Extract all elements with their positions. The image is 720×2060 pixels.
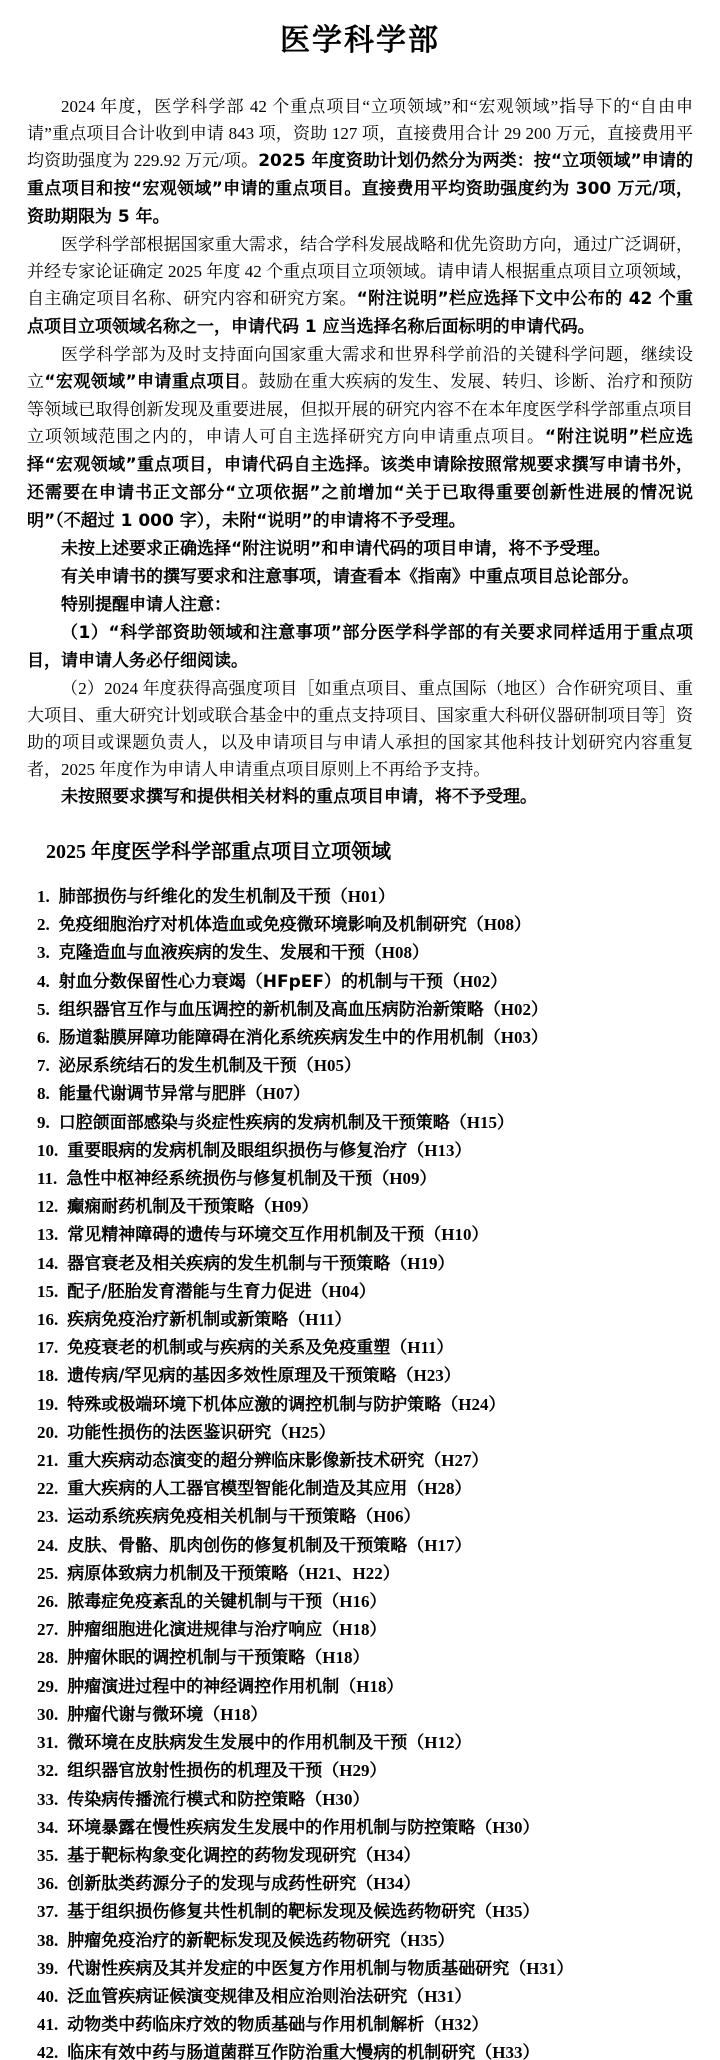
text-run-bold: 特别提醒申请人注意： — [61, 595, 231, 615]
topic-title: 组织器官放射性损伤的机理及干预 — [67, 1761, 322, 1781]
topic-title: 基于组织损伤修复共性机制的靶标发现及候选药物研究 — [67, 1902, 475, 1922]
topic-title: 临床有效中药与肠道菌群互作防治重大慢病的机制研究 — [67, 2043, 475, 2060]
topic-code: （H35） — [475, 1902, 539, 1921]
topic-number: 38. — [37, 1931, 58, 1950]
topic-title: 配子/胚胎发育潜能与生育力促进 — [67, 1282, 311, 1302]
topic-number: 10. — [37, 1141, 58, 1160]
topic-code: （H28） — [407, 1479, 471, 1498]
topic-code: （H21、H22） — [288, 1564, 399, 1583]
topic-code: （H18） — [203, 1705, 267, 1724]
topic-number: 18. — [37, 1366, 58, 1385]
topic-code: （H23） — [396, 1366, 460, 1385]
topic-title: 代谢性疾病及其并发症的中医复方作用机制与物质基础研究 — [67, 1959, 509, 1979]
topic-number: 41. — [37, 2015, 58, 2034]
topic-code: （H25） — [271, 1423, 335, 1442]
topic-code: （H11） — [390, 1338, 453, 1357]
topic-item: 41.动物类中药临床疗效的物质基础与作用机制解析（H32） — [37, 2011, 693, 2039]
topic-title: 环境暴露在慢性疾病发生发展中的作用机制与防控策略 — [67, 1818, 475, 1838]
topic-title: 传染病传播流行模式和防控策略 — [67, 1790, 305, 1810]
topic-item: 16.疾病免疫治疗新机制或新策略（H11） — [37, 1306, 693, 1334]
topic-code: （H09） — [372, 1169, 436, 1188]
topic-code: （H18） — [322, 1620, 386, 1639]
topic-title: 口腔颌面部感染与炎症性疾病的发病机制及干预策略 — [59, 1113, 450, 1133]
topic-code: （H34） — [356, 1846, 420, 1865]
topic-item: 9.口腔颌面部感染与炎症性疾病的发病机制及干预策略（H15） — [37, 1109, 693, 1137]
topic-item: 18.遗传病/罕见病的基因多效性原理及干预策略（H23） — [37, 1362, 693, 1390]
topic-code: （H06） — [356, 1507, 420, 1526]
topic-item: 2.免疫细胞治疗对机体造血或免疫微环境影响及机制研究（H08） — [37, 911, 693, 939]
topic-number: 9. — [37, 1113, 50, 1132]
topic-item: 23.运动系统疾病免疫相关机制与干预策略（H06） — [37, 1503, 693, 1531]
topic-code: （H24） — [441, 1395, 505, 1414]
topic-title: 射血分数保留性心力衰竭（HFpEF）的机制与干预 — [59, 972, 443, 992]
topic-code: （H12） — [407, 1733, 471, 1752]
topic-item: 7.泌尿系统结石的发生机制及干预（H05） — [37, 1052, 693, 1080]
topic-code: （H07） — [246, 1084, 310, 1103]
topic-number: 33. — [37, 1790, 58, 1809]
topic-number: 3. — [37, 943, 50, 962]
topic-title: 创新肽类药源分子的发现与成药性研究 — [67, 1874, 356, 1894]
topic-number: 6. — [37, 1028, 50, 1047]
topic-number: 13. — [37, 1225, 58, 1244]
topic-item: 4.射血分数保留性心力衰竭（HFpEF）的机制与干预（H02） — [37, 968, 693, 996]
topic-code: （H32） — [424, 2015, 488, 2034]
topic-code: （H34） — [356, 1874, 420, 1893]
topic-number: 28. — [37, 1648, 58, 1667]
topic-title: 特殊或极端环境下机体应激的调控机制与防护策略 — [67, 1395, 441, 1415]
topic-title: 微环境在皮肤病发生发展中的作用机制及干预 — [67, 1733, 407, 1753]
topic-code: （H05） — [297, 1056, 361, 1075]
topic-number: 24. — [37, 1536, 58, 1555]
topic-item: 6.肠道黏膜屏障功能障碍在消化系统疾病发生中的作用机制（H03） — [37, 1024, 693, 1052]
topic-item: 36.创新肽类药源分子的发现与成药性研究（H34） — [37, 1870, 693, 1898]
topic-number: 40. — [37, 1987, 58, 2006]
topic-title: 重要眼病的发病机制及眼组织损伤与修复治疗 — [67, 1141, 407, 1161]
topic-number: 21. — [37, 1451, 58, 1470]
topic-title: 重大疾病动态演变的超分辨临床影像新技术研究 — [67, 1451, 424, 1471]
topic-number: 26. — [37, 1592, 58, 1611]
topic-code: （H08） — [467, 915, 531, 934]
topic-code: （H31） — [509, 1959, 573, 1978]
topic-number: 31. — [37, 1733, 58, 1752]
topic-item: 42.临床有效中药与肠道菌群互作防治重大慢病的机制研究（H33） — [37, 2039, 693, 2060]
topic-title: 病原体致病力机制及干预策略 — [67, 1564, 288, 1584]
topic-item: 15.配子/胚胎发育潜能与生育力促进（H04） — [37, 1278, 693, 1306]
topic-item: 27.肿瘤细胞进化演进规律与治疗响应（H18） — [37, 1616, 693, 1644]
topic-code: （H29） — [322, 1761, 386, 1780]
topic-title: 肿瘤演进过程中的神经调控作用机制 — [67, 1677, 339, 1697]
topic-code: （H30） — [305, 1790, 369, 1809]
topic-code: （H18） — [305, 1648, 369, 1667]
topic-code: （H18） — [339, 1677, 403, 1696]
topic-item: 37.基于组织损伤修复共性机制的靶标发现及候选药物研究（H35） — [37, 1898, 693, 1926]
topic-item: 24.皮肤、骨骼、肌肉创伤的修复机制及干预策略（H17） — [37, 1532, 693, 1560]
topic-number: 29. — [37, 1677, 58, 1696]
topic-item: 25.病原体致病力机制及干预策略（H21、H22） — [37, 1560, 693, 1588]
topic-item: 8.能量代谢调节异常与肥胖（H07） — [37, 1080, 693, 1108]
topic-number: 32. — [37, 1761, 58, 1780]
paragraph: 医学科学部根据国家重大需求，结合学科发展战略和优先资助方向，通过广泛调研，并经专… — [27, 231, 693, 341]
topic-code: （H09） — [254, 1197, 318, 1216]
text-run-bold: 有关申请书的撰写要求和注意事项，请查看本《指南》中重点项目总论部分。 — [61, 567, 639, 587]
topic-item: 33.传染病传播流行模式和防控策略（H30） — [37, 1786, 693, 1814]
topic-code: （H15） — [450, 1113, 514, 1132]
topic-code: （H04） — [311, 1282, 375, 1301]
topic-number: 25. — [37, 1564, 58, 1583]
topic-title: 肿瘤细胞进化演进规律与治疗响应 — [67, 1620, 322, 1640]
topic-item: 21.重大疾病动态演变的超分辨临床影像新技术研究（H27） — [37, 1447, 693, 1475]
topic-number: 20. — [37, 1423, 58, 1442]
topic-title: 肠道黏膜屏障功能障碍在消化系统疾病发生中的作用机制 — [59, 1028, 484, 1048]
page-title: 医学科学部 — [27, 22, 693, 60]
topic-number: 27. — [37, 1620, 58, 1639]
paragraph: 2024 年度，医学科学部 42 个重点项目“立项领域”和“宏观领域”指导下的“… — [27, 93, 693, 231]
topic-item: 20.功能性损伤的法医鉴识研究（H25） — [37, 1419, 693, 1447]
topic-number: 14. — [37, 1254, 58, 1273]
topic-title: 克隆造血与血液疾病的发生、发展和干预 — [59, 943, 365, 963]
text-run-bold: 未按上述要求正确选择“附注说明”和申请代码的项目申请，将不予受理。 — [61, 539, 610, 559]
topic-item: 22.重大疾病的人工器官模型智能化制造及其应用（H28） — [37, 1475, 693, 1503]
topic-item: 11.急性中枢神经系统损伤与修复机制及干预（H09） — [37, 1165, 693, 1193]
topic-number: 42. — [37, 2043, 58, 2060]
topic-code: （H16） — [322, 1592, 386, 1611]
topic-number: 30. — [37, 1705, 58, 1724]
topic-code: （H19） — [390, 1254, 454, 1273]
topic-number: 35. — [37, 1846, 58, 1865]
document-page: 医学科学部 2024 年度，医学科学部 42 个重点项目“立项领域”和“宏观领域… — [0, 0, 720, 2060]
topic-item: 29.肿瘤演进过程中的神经调控作用机制（H18） — [37, 1673, 693, 1701]
topic-title: 癫痫耐药机制及干预策略 — [67, 1197, 254, 1217]
topic-number: 15. — [37, 1282, 58, 1301]
topic-number: 37. — [37, 1902, 58, 1921]
section-heading: 2025 年度医学科学部重点项目立项领域 — [46, 837, 693, 867]
topic-title: 免疫细胞治疗对机体造血或免疫微环境影响及机制研究 — [59, 915, 467, 935]
topic-number: 1. — [37, 887, 50, 906]
paragraph: 未按照要求撰写和提供相关材料的重点项目申请，将不予受理。 — [27, 783, 693, 811]
topic-code: （H31） — [407, 1987, 471, 2006]
topic-number: 12. — [37, 1197, 58, 1216]
topic-title: 急性中枢神经系统损伤与修复机制及干预 — [66, 1169, 372, 1189]
topic-number: 5. — [37, 1000, 50, 1019]
topic-item: 28.肿瘤休眠的调控机制与干预策略（H18） — [37, 1644, 693, 1672]
topic-item: 30.肿瘤代谢与微环境（H18） — [37, 1701, 693, 1729]
topic-item: 19.特殊或极端环境下机体应激的调控机制与防护策略（H24） — [37, 1391, 693, 1419]
text-run-bold: “宏观领域”申请重点项目 — [44, 372, 241, 392]
topic-title: 泛血管疾病证候演变规律及相应治则治法研究 — [67, 1987, 407, 2007]
topic-number: 39. — [37, 1959, 58, 1978]
topic-item: 39.代谢性疾病及其并发症的中医复方作用机制与物质基础研究（H31） — [37, 1955, 693, 1983]
topic-title: 能量代谢调节异常与肥胖 — [59, 1084, 246, 1104]
topic-code: （H35） — [390, 1931, 454, 1950]
topic-item: 40.泛血管疾病证候演变规律及相应治则治法研究（H31） — [37, 1983, 693, 2011]
topic-title: 组织器官互作与血压调控的新机制及高血压病防治新策略 — [59, 1000, 484, 1020]
topic-number: 19. — [37, 1395, 58, 1414]
topic-number: 34. — [37, 1818, 58, 1837]
topic-title: 功能性损伤的法医鉴识研究 — [67, 1423, 271, 1443]
topic-number: 11. — [37, 1169, 57, 1188]
topic-item: 14.器官衰老及相关疾病的发生机制与干预策略（H19） — [37, 1250, 693, 1278]
paragraph: （2）2024 年度获得高强度项目［如重点项目、重点国际（地区）合作研究项目、重… — [27, 675, 693, 783]
topic-item: 17.免疫衰老的机制或与疾病的关系及免疫重塑（H11） — [37, 1334, 693, 1362]
topic-code: （H11） — [288, 1310, 351, 1329]
topic-code: （H02） — [484, 1000, 548, 1019]
topic-item: 35.基于靶标构象变化调控的药物发现研究（H34） — [37, 1842, 693, 1870]
topic-code: （H03） — [484, 1028, 548, 1047]
topic-code: （H13） — [407, 1141, 471, 1160]
topic-title: 免疫衰老的机制或与疾病的关系及免疫重塑 — [67, 1338, 390, 1358]
paragraph: 医学科学部为及时支持面向国家重大需求和世界科学前沿的关键科学问题，继续设立“宏观… — [27, 341, 693, 535]
topic-code: （H10） — [424, 1225, 488, 1244]
topic-number: 22. — [37, 1479, 58, 1498]
topic-title: 皮肤、骨骼、肌肉创伤的修复机制及干预策略 — [67, 1536, 407, 1556]
topic-title: 运动系统疾病免疫相关机制与干预策略 — [67, 1507, 356, 1527]
topic-item: 12.癫痫耐药机制及干预策略（H09） — [37, 1193, 693, 1221]
topic-code: （H01） — [331, 887, 395, 906]
text-run-bold: （1）“科学部资助领域和注意事项”部分医学科学部的有关要求同样适用于重点项目，请… — [27, 623, 693, 671]
topic-number: 16. — [37, 1310, 58, 1329]
topic-title: 器官衰老及相关疾病的发生机制与干预策略 — [67, 1254, 390, 1274]
topic-title: 基于靶标构象变化调控的药物发现研究 — [67, 1846, 356, 1866]
topic-item: 3.克隆造血与血液疾病的发生、发展和干预（H08） — [37, 939, 693, 967]
topic-title: 遗传病/罕见病的基因多效性原理及干预策略 — [67, 1366, 396, 1386]
topic-title: 肺部损伤与纤维化的发生机制及干预 — [59, 887, 331, 907]
topic-title: 重大疾病的人工器官模型智能化制造及其应用 — [67, 1479, 407, 1499]
topic-item: 26.脓毒症免疫紊乱的关键机制与干预（H16） — [37, 1588, 693, 1616]
topic-title: 肿瘤免疫治疗的新靶标发现及候选药物研究 — [67, 1931, 390, 1951]
topic-item: 13.常见精神障碍的遗传与环境交互作用机制及干预（H10） — [37, 1221, 693, 1249]
topic-number: 2. — [37, 915, 50, 934]
topic-number: 23. — [37, 1507, 58, 1526]
topic-number: 8. — [37, 1084, 50, 1103]
topic-item: 10.重要眼病的发病机制及眼组织损伤与修复治疗（H13） — [37, 1137, 693, 1165]
topic-item: 32.组织器官放射性损伤的机理及干预（H29） — [37, 1757, 693, 1785]
topic-code: （H02） — [443, 972, 507, 991]
topic-item: 38.肿瘤免疫治疗的新靶标发现及候选药物研究（H35） — [37, 1927, 693, 1955]
topic-title: 泌尿系统结石的发生机制及干预 — [59, 1056, 297, 1076]
topic-number: 4. — [37, 972, 50, 991]
topic-item: 1.肺部损伤与纤维化的发生机制及干预（H01） — [37, 883, 693, 911]
topic-code: （H27） — [424, 1451, 488, 1470]
paragraph: 有关申请书的撰写要求和注意事项，请查看本《指南》中重点项目总论部分。 — [27, 563, 693, 591]
topic-title: 动物类中药临床疗效的物质基础与作用机制解析 — [67, 2015, 424, 2035]
topic-number: 7. — [37, 1056, 50, 1075]
topic-title: 疾病免疫治疗新机制或新策略 — [67, 1310, 288, 1330]
topic-list: 1.肺部损伤与纤维化的发生机制及干预（H01）2.免疫细胞治疗对机体造血或免疫微… — [27, 883, 693, 2060]
topic-number: 17. — [37, 1338, 58, 1357]
topic-title: 常见精神障碍的遗传与环境交互作用机制及干预 — [67, 1225, 424, 1245]
topic-item: 5.组织器官互作与血压调控的新机制及高血压病防治新策略（H02） — [37, 996, 693, 1024]
topic-code: （H08） — [365, 943, 429, 962]
topic-title: 肿瘤代谢与微环境 — [67, 1705, 203, 1725]
text-run: （2）2024 年度获得高强度项目［如重点项目、重点国际（地区）合作研究项目、重… — [27, 679, 693, 779]
paragraph: 特别提醒申请人注意： — [27, 591, 693, 619]
topic-code: （H33） — [475, 2043, 539, 2060]
topic-code: （H30） — [475, 1818, 539, 1837]
paragraph: 未按上述要求正确选择“附注说明”和申请代码的项目申请，将不予受理。 — [27, 535, 693, 563]
topic-code: （H17） — [407, 1536, 471, 1555]
text-run-bold: 未按照要求撰写和提供相关材料的重点项目申请，将不予受理。 — [61, 787, 537, 807]
topic-title: 肿瘤休眠的调控机制与干预策略 — [67, 1648, 305, 1668]
paragraph: （1）“科学部资助领域和注意事项”部分医学科学部的有关要求同样适用于重点项目，请… — [27, 619, 693, 675]
topic-item: 34.环境暴露在慢性疾病发生发展中的作用机制与防控策略（H30） — [37, 1814, 693, 1842]
topic-number: 36. — [37, 1874, 58, 1893]
topic-item: 31.微环境在皮肤病发生发展中的作用机制及干预（H12） — [37, 1729, 693, 1757]
topic-title: 脓毒症免疫紊乱的关键机制与干预 — [67, 1592, 322, 1612]
intro-paragraphs: 2024 年度，医学科学部 42 个重点项目“立项领域”和“宏观领域”指导下的“… — [27, 93, 693, 811]
